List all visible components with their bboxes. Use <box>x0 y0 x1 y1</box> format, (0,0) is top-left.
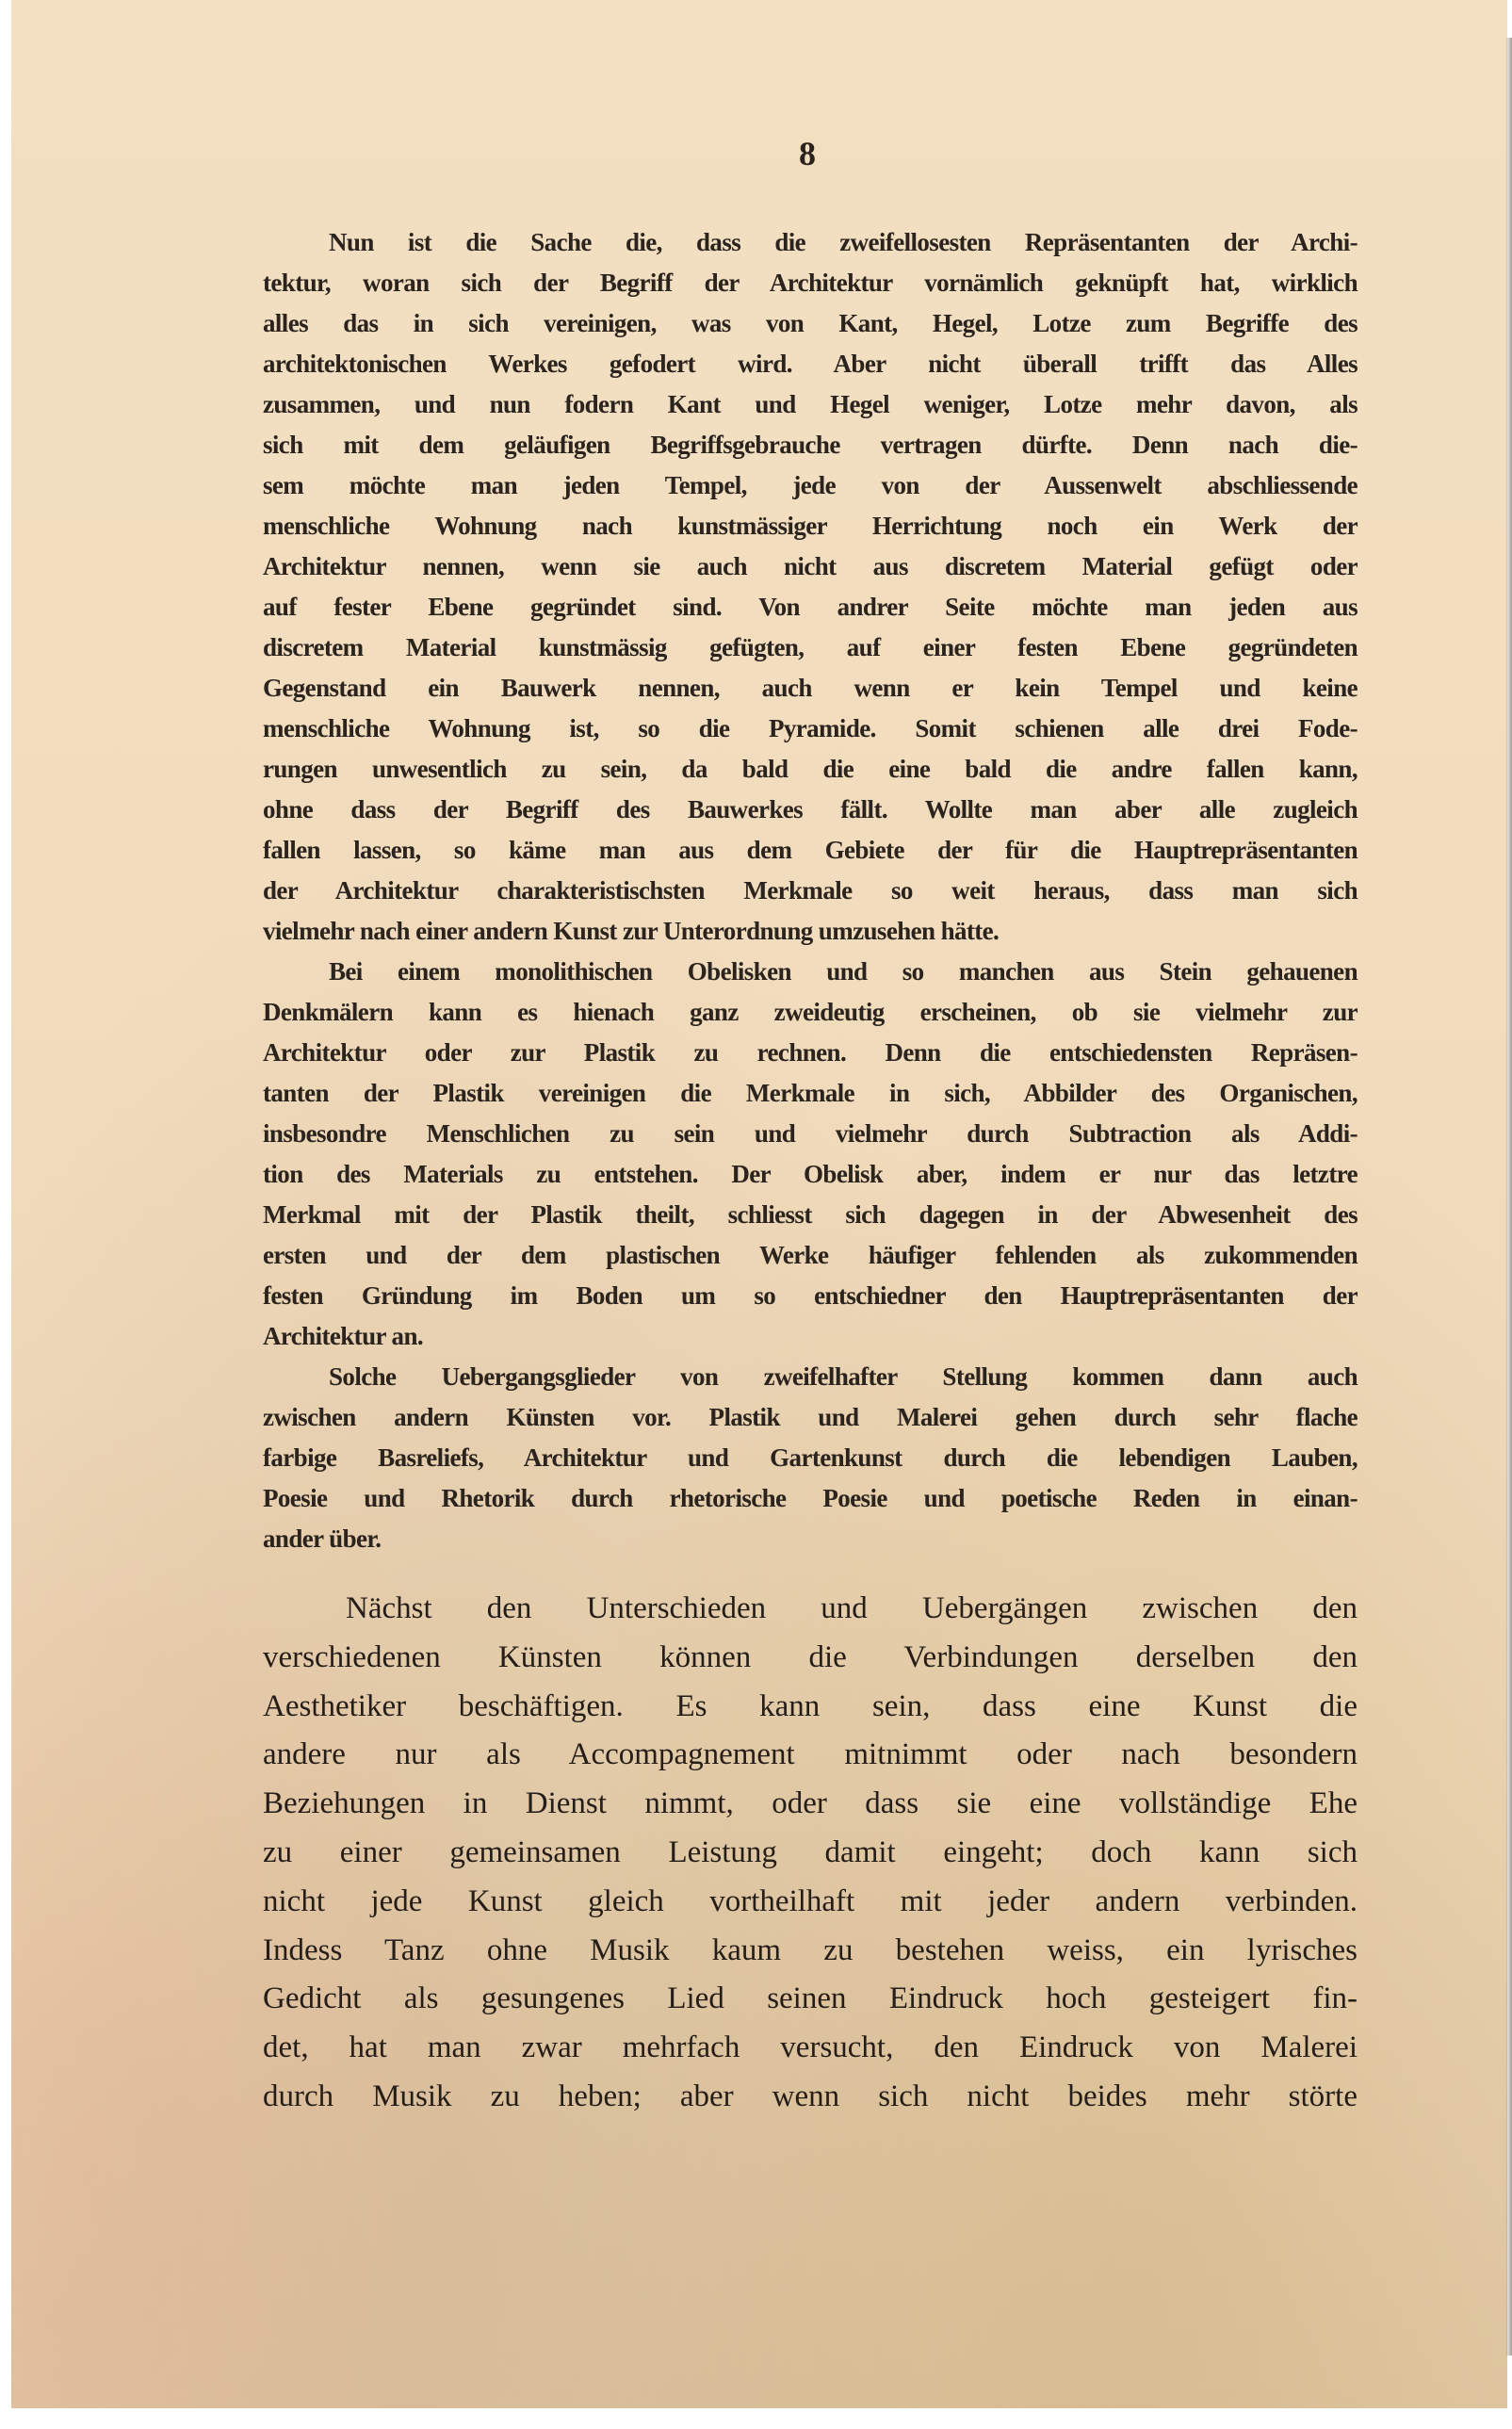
text-line: ohne dass der Begriff des Bauwerkes fäll… <box>263 790 1358 830</box>
text-line: zwischen andern Künsten vor. Plastik und… <box>263 1397 1358 1438</box>
text-line: alles das in sich vereinigen, was von Ka… <box>263 303 1358 344</box>
text-line: menschliche Wohnung nach kunstmässiger H… <box>263 506 1358 546</box>
text-line: det, hat man zwar mehrfach versucht, den… <box>263 2024 1358 2073</box>
text-line: verschiedenen Künsten können die Verbind… <box>263 1634 1358 1683</box>
text-line: festen Gründung im Boden um so entschied… <box>263 1276 1358 1316</box>
text-line: Gedicht als gesungenes Lied seinen Eindr… <box>263 1975 1358 2024</box>
text-line: Architektur oder zur Plastik zu rechnen.… <box>263 1033 1358 1073</box>
text-line: sem möchte man jeden Tempel, jede von de… <box>263 465 1358 506</box>
text-line: nicht jede Kunst gleich vortheilhaft mit… <box>263 1878 1358 1927</box>
text-line: rungen unwesentlich zu sein, da bald die… <box>263 749 1358 790</box>
text-line: menschliche Wohnung ist, so die Pyramide… <box>263 709 1358 749</box>
text-line: Gegenstand ein Bauwerk nennen, auch wenn… <box>263 668 1358 709</box>
text-line: tektur, woran sich der Begriff der Archi… <box>263 263 1358 303</box>
text-line: ander über. <box>263 1519 1358 1559</box>
text-line: fallen lassen, so käme man aus dem Gebie… <box>263 830 1358 871</box>
text-line: tion des Materials zu entstehen. Der Obe… <box>263 1154 1358 1195</box>
text-line: Aesthetiker beschäftigen. Es kann sein, … <box>263 1683 1358 1732</box>
text-line: insbesondre Menschlichen zu sein und vie… <box>263 1114 1358 1154</box>
text-line: architektonischen Werkes gefodert wird. … <box>263 344 1358 384</box>
text-line: auf fester Ebene gegründet sind. Von and… <box>263 587 1358 628</box>
text-line: vielmehr nach einer andern Kunst zur Unt… <box>263 911 1358 952</box>
text-line: discretem Material kunstmässig gefügten,… <box>263 628 1358 668</box>
text-line: Architektur an. <box>263 1316 1358 1357</box>
page-number: 8 <box>799 134 816 173</box>
text-line: zu einer gemeinsamen Leistung damit eing… <box>263 1829 1358 1878</box>
text-line: farbige Basreliefs, Architektur und Gart… <box>263 1438 1358 1478</box>
book-page: 8 Nun ist die Sache die, dass die zweife… <box>11 0 1507 2410</box>
text-line: Indess Tanz ohne Musik kaum zu bestehen … <box>263 1927 1358 1976</box>
text-line: der Architektur charakteristischsten Mer… <box>263 871 1358 911</box>
paragraph-architecture-definition: Nun ist die Sache die, dass die zweifell… <box>263 222 1358 952</box>
text-line: Bei einem monolithischen Obelisken und s… <box>263 952 1358 992</box>
text-line: durch Musik zu heben; aber wenn sich nic… <box>263 2073 1358 2122</box>
text-line: zusammen, und nun fodern Kant und Hegel … <box>263 384 1358 425</box>
large-print-section: Nächst den Unterschieden und Uebergängen… <box>263 1585 1358 2122</box>
text-line: andere nur als Accompagnement mitnimmt o… <box>263 1731 1358 1780</box>
text-line: ersten und der dem plastischen Werke häu… <box>263 1235 1358 1276</box>
text-line: tanten der Plastik vereinigen die Merkma… <box>263 1073 1358 1114</box>
text-line: Poesie und Rhetorik durch rhetorische Po… <box>263 1478 1358 1519</box>
text-line: Denkmälern kann es hienach ganz zweideut… <box>263 992 1358 1033</box>
paragraph-transitional-members: Solche Uebergangsglieder von zweifelhaft… <box>263 1357 1358 1559</box>
small-print-section: Nun ist die Sache die, dass die zweifell… <box>263 222 1358 1559</box>
text-line: Merkmal mit der Plastik theilt, schliess… <box>263 1195 1358 1235</box>
text-line: Architektur nennen, wenn sie auch nicht … <box>263 546 1358 587</box>
paragraph-obelisk: Bei einem monolithischen Obelisken und s… <box>263 952 1358 1357</box>
text-line: Nun ist die Sache die, dass die zweifell… <box>263 222 1358 263</box>
text-line: Beziehungen in Dienst nimmt, oder dass s… <box>263 1780 1358 1829</box>
paragraph-combinations-of-arts: Nächst den Unterschieden und Uebergängen… <box>263 1585 1358 2122</box>
text-line: Nächst den Unterschieden und Uebergängen… <box>263 1585 1358 1634</box>
text-line: sich mit dem geläufigen Begriffsgebrauch… <box>263 425 1358 465</box>
text-line: Solche Uebergangsglieder von zweifelhaft… <box>263 1357 1358 1397</box>
scan-bottom-margin <box>0 2408 1512 2429</box>
